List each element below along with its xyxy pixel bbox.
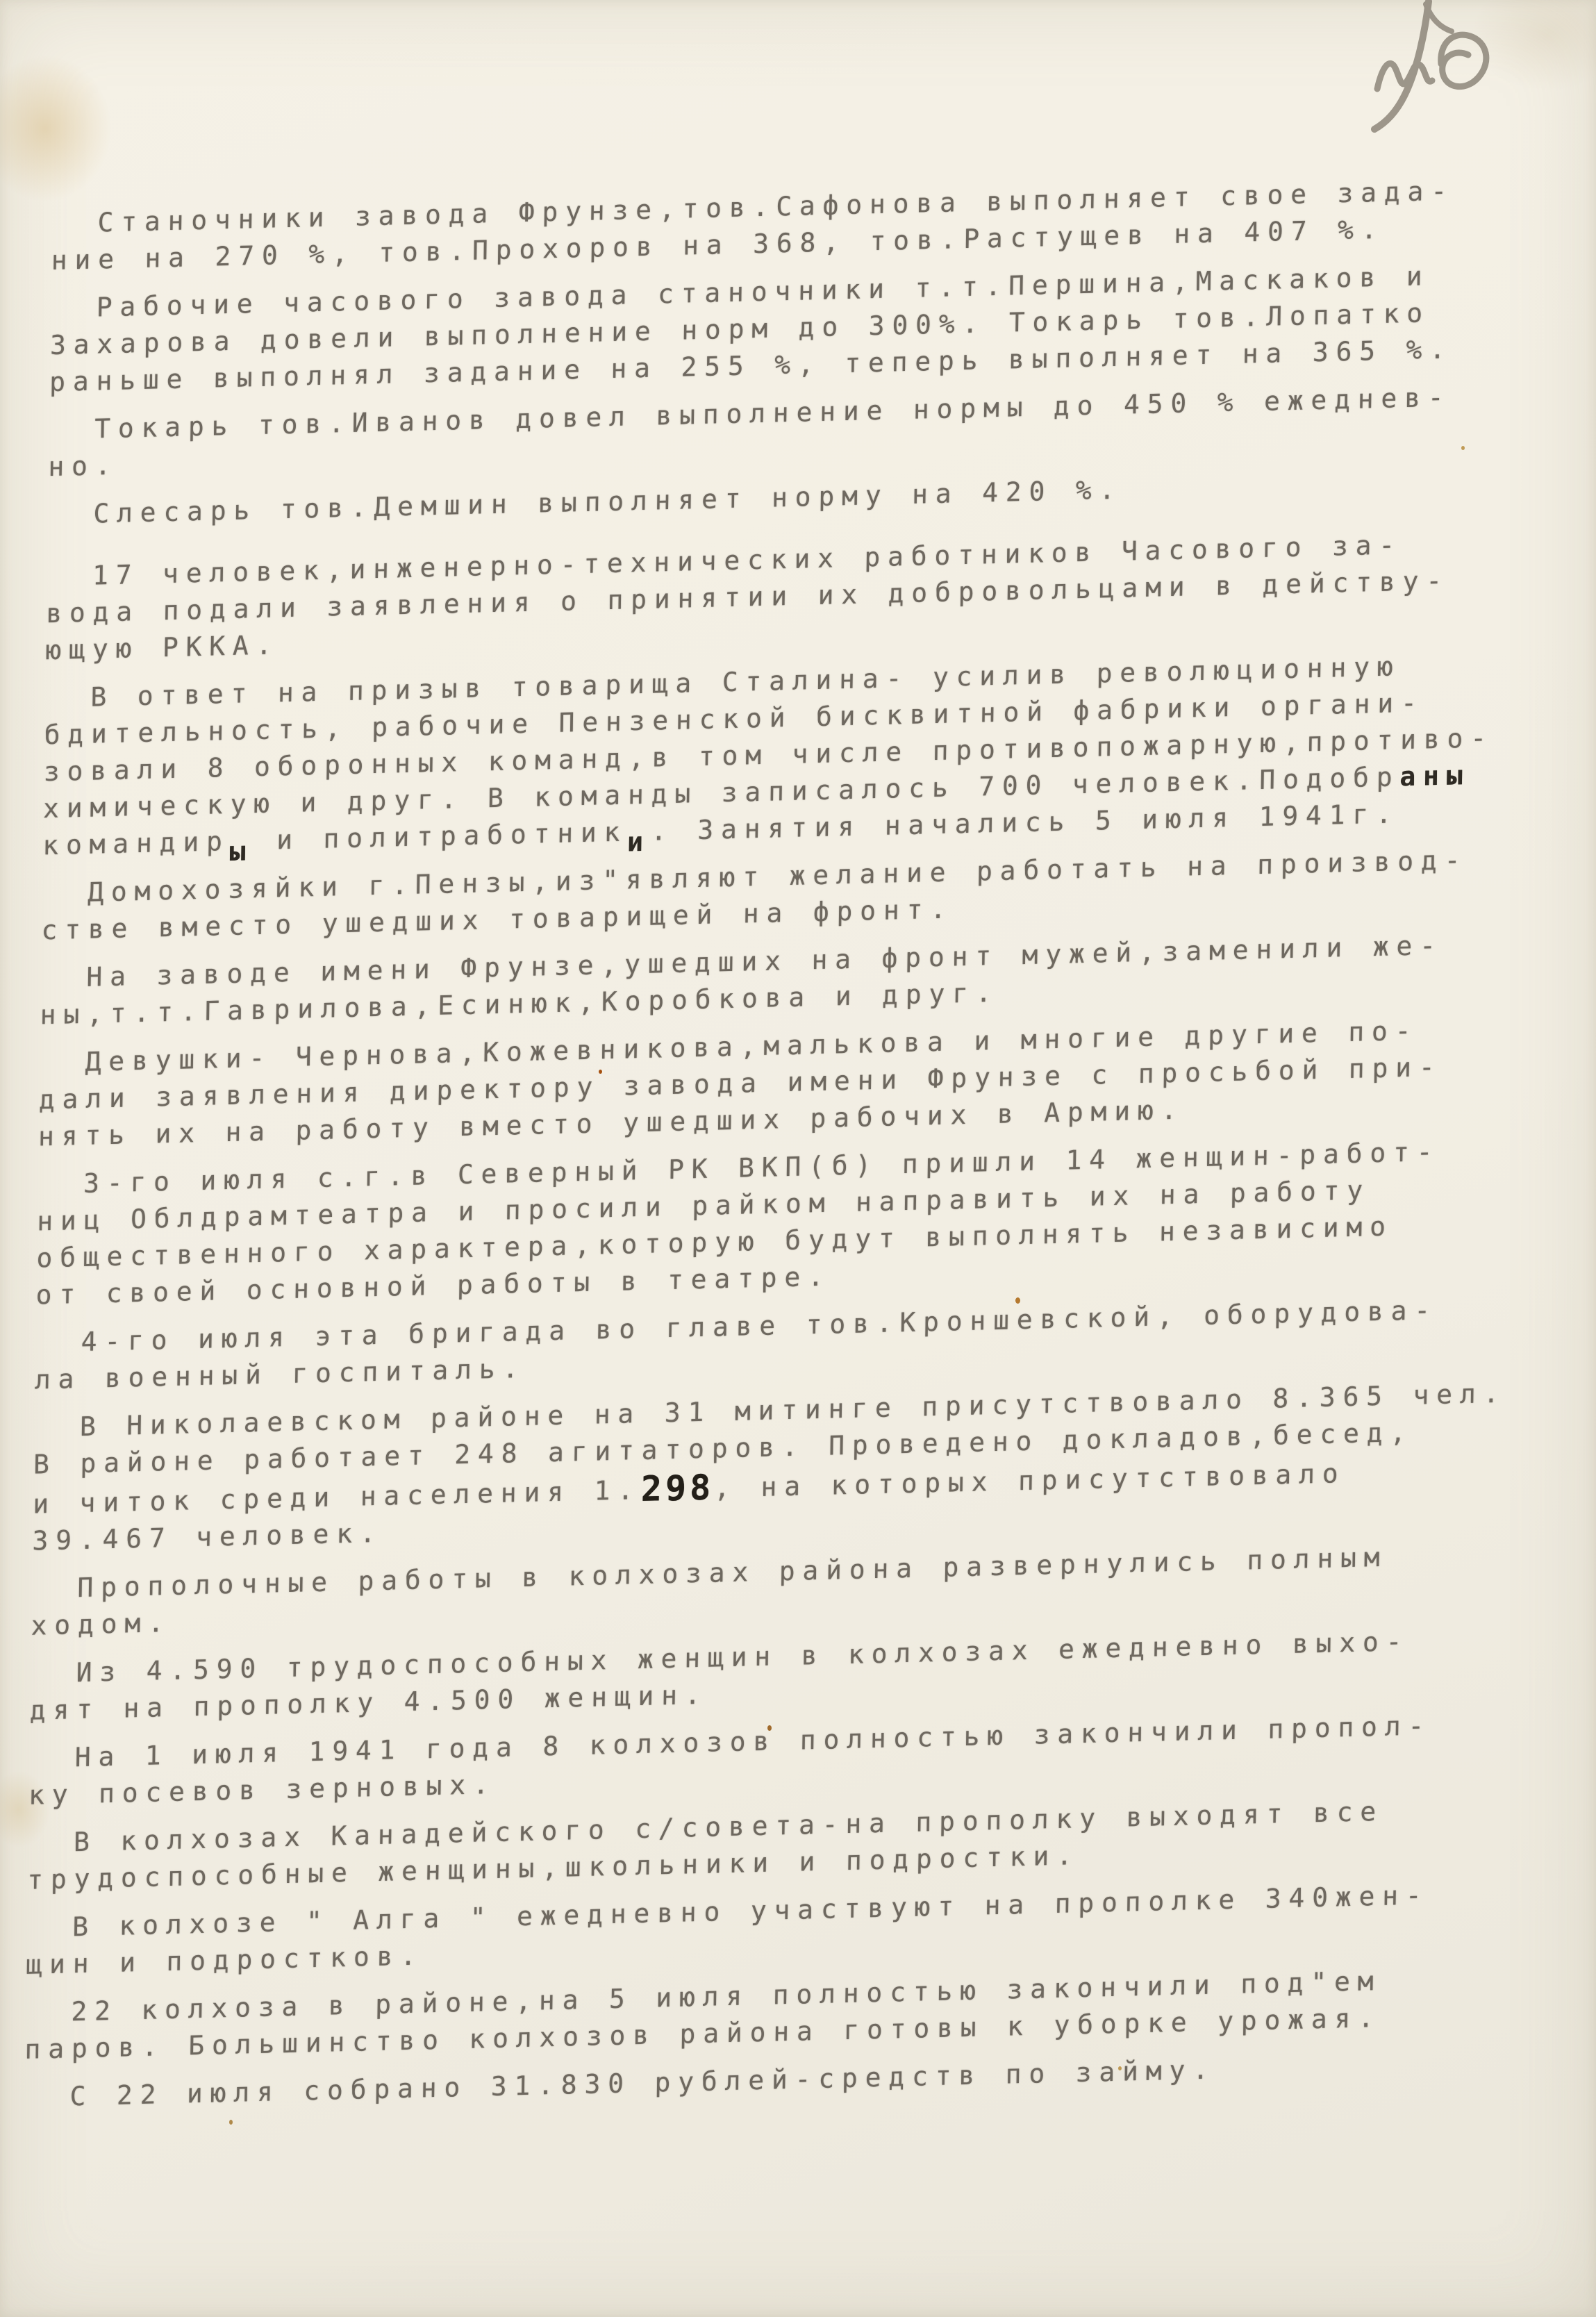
typewritten-text: Станочники завода Фрунзе,тов.Сафонова вы… — [24, 171, 1538, 2116]
typed-correction: и — [627, 827, 651, 858]
paragraph: В Николаевском районе на 31 митинге прис… — [32, 1375, 1520, 1560]
typed-text: но. — [48, 450, 119, 482]
paragraph: Девушки- Чернова,Кожевникова,малькова и … — [38, 1010, 1526, 1155]
typed-text: ющую РККА. — [45, 629, 279, 665]
paragraph: Рабочие часового завода станочники т.т.П… — [49, 256, 1537, 401]
typed-text: Слесарь тов.Демшин выполняет норму на 42… — [93, 474, 1122, 529]
typed-text: командир — [42, 826, 230, 861]
typed-correction: 298 — [640, 1468, 714, 1510]
scanned-page: Станочники завода Фрунзе,тов.Сафонова вы… — [0, 0, 1596, 2317]
typed-correction: аны — [1399, 760, 1470, 792]
typed-text: ку посевов зерновых. — [28, 1769, 497, 1811]
paper-speck — [229, 2120, 233, 2125]
typed-text: щин и подростков. — [26, 1940, 424, 1980]
typed-text: 39.467 человек. — [32, 1518, 383, 1556]
typed-text: и политработник — [253, 816, 628, 856]
paper-stain — [0, 56, 111, 201]
paragraph: 3-го июля с.г.в Северный РК ВКП(б) пришл… — [35, 1131, 1524, 1314]
handwritten-pencil-mark — [1337, 0, 1524, 139]
typed-text: ходом. — [31, 1607, 172, 1641]
paragraph: В ответ на призыв товарища Сталина- усил… — [42, 645, 1531, 865]
typed-correction: ы — [229, 836, 253, 867]
paragraph: 17 человек,инженерно-технических работни… — [45, 524, 1533, 669]
